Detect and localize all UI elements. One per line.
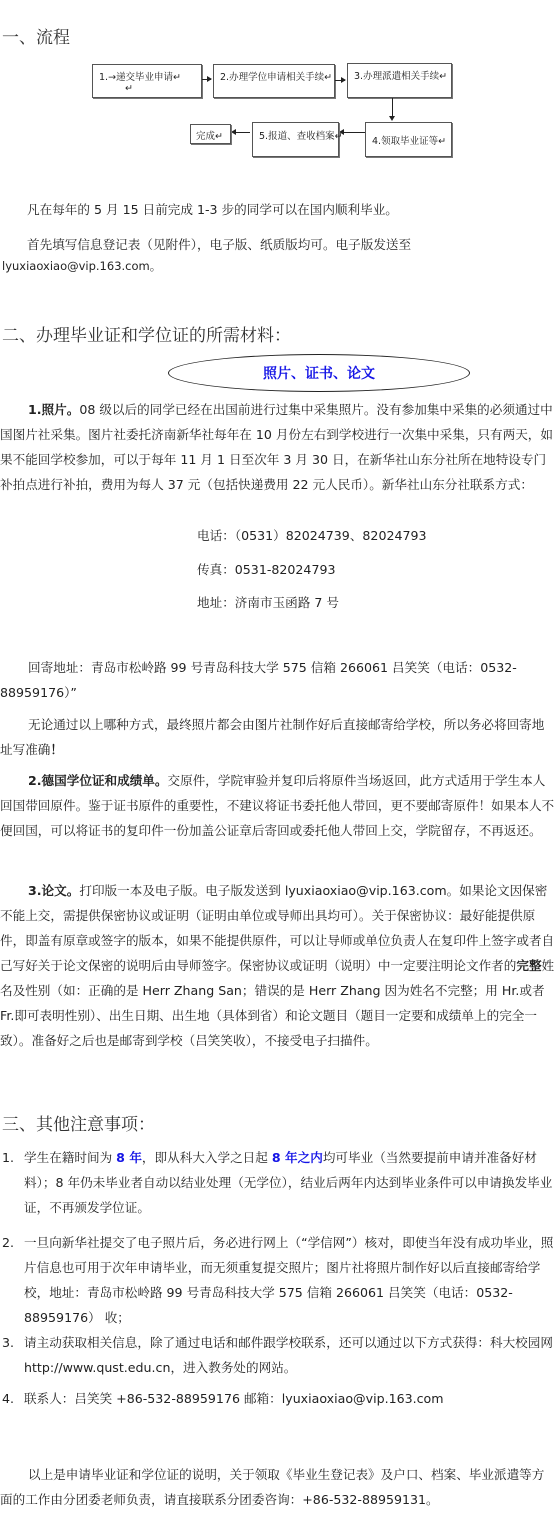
flow-step-2: 2.办理学位申请相关手续↵	[213, 64, 335, 98]
flow-step-5-label: 5.报道、查收档案↵	[259, 131, 343, 142]
photo-heading: 1.照片。	[28, 402, 79, 417]
note3-text: 请主动获取相关信息，除了通过电话和邮件跟学校联系，还可以通过以下方式获得：科大校…	[24, 1335, 553, 1350]
photo-item: 1.照片。08 级以后的同学已经在出国前进行过集中采集照片。没有参加集中采集的必…	[0, 397, 556, 497]
return-address: 回寄地址：青岛市松岭路 99 号青岛科技大学 575 信箱 266061 吕笑笑…	[0, 655, 545, 705]
section2-title: 二、办理毕业证和学位证的所需材料：	[2, 321, 291, 346]
note1-text: ，即从科大入学之日起	[142, 1150, 272, 1165]
registration-email: lyuxiaoxiao@vip.163.com。	[2, 254, 161, 279]
note-number: 4.	[2, 1386, 14, 1411]
arrowhead-icon	[207, 76, 212, 82]
note1-highlight-years: 8 年	[116, 1150, 142, 1165]
note2-text: 一旦向新华社提交了电子照片后，务必进行网上（“学信网”）核对，即使当年没有成功毕…	[24, 1230, 556, 1330]
note-number: 3.	[2, 1330, 14, 1355]
contact-phone: 电话：（0531）82024739、82024793	[197, 525, 427, 544]
flow-step-4: 4.领取毕业证等↵	[365, 122, 452, 157]
materials-oval-label: 照片、证书、论文	[263, 363, 375, 383]
flow-step-3: 3.办理派遣相关手续↵	[347, 63, 452, 98]
flow-step-done: 完成↵	[190, 124, 231, 144]
photo-body: 08 级以后的同学已经在出国前进行过集中采集照片。没有参加集中采集的必须通过中国…	[0, 402, 553, 492]
note-item-4: 4. 联系人：吕笑笑 +86-532-88959176 邮箱：lyuxiaoxi…	[0, 1386, 556, 1411]
note-item-3: 3. 请主动获取相关信息，除了通过电话和邮件跟学校联系，还可以通过以下方式获得：…	[0, 1330, 556, 1380]
flow-step-5: 5.报道、查收档案↵	[252, 122, 339, 157]
arrow-4-5	[341, 132, 365, 133]
note3-text: ，进入教务处的网站。	[170, 1360, 296, 1375]
contact-person: 联系人：吕笑笑 +86-532-88959176 邮箱：lyuxiaoxiao@…	[24, 1386, 556, 1411]
flow-step-2-label: 2.办理学位申请相关手续↵	[220, 72, 332, 83]
photo-warning-mark: ！	[50, 742, 63, 757]
closing-paragraph: 以上是申请毕业证和学位证的说明，关于领取《毕业生登记表》及户口、档案、毕业派遣等…	[0, 1462, 556, 1512]
note-number: 2.	[2, 1230, 14, 1255]
materials-oval: 照片、证书、论文	[168, 354, 470, 392]
flow-step-1: 1.→递交毕业申请↵ ↵	[92, 64, 202, 98]
section3-title: 三、其他注意事项：	[2, 1110, 155, 1135]
note-number: 1.	[2, 1145, 14, 1170]
degree-heading: 2.德国学位证和成绩单。	[28, 773, 168, 788]
campus-link[interactable]: http://www.qust.edu.cn	[24, 1360, 170, 1375]
flow-step-1-label: 1.→递交毕业申请↵	[99, 72, 181, 83]
section1-title: 一、流程	[2, 23, 70, 48]
arrowhead-icon	[231, 129, 236, 135]
note-item-2: 2. 一旦向新华社提交了电子照片后，务必进行网上（“学信网”）核对，即使当年没有…	[0, 1230, 556, 1330]
photo-warning-text: 无论通过以上哪种方式，最终照片都会由图片社制作好后直接邮寄给学校，所以务必将回寄…	[0, 717, 544, 757]
thesis-item: 3.论文。打印版一本及电子版。电子版发送到 lyuxiaoxiao@vip.16…	[0, 878, 556, 1053]
contact-address: 地址：济南市玉函路 7 号	[197, 592, 339, 611]
note-item-1: 1. 学生在籍时间为 8 年，即从科大入学之日起 8 年之内均可毕业（当然要提前…	[0, 1145, 556, 1220]
paragraph-mark: ↵	[99, 83, 133, 94]
flow-step-4-label: 4.领取毕业证等↵	[372, 136, 446, 147]
arrow-3-4	[392, 98, 393, 118]
flow-step-done-label: 完成↵	[196, 131, 223, 142]
thesis-body-bold: 完整	[516, 958, 541, 973]
arrowhead-icon	[341, 77, 346, 83]
note1-text: 学生在籍时间为	[24, 1150, 116, 1165]
thesis-body-a: 打印版一本及电子版。电子版发送到 lyuxiaoxiao@vip.163.com…	[0, 883, 554, 973]
note1-highlight-within: 8 年之内	[272, 1150, 323, 1165]
deadline-paragraph: 凡在每年的 5 月 15 日前完成 1-3 步的同学可以在国内顺利毕业。	[27, 197, 398, 222]
degree-item: 2.德国学位证和成绩单。交原件，学院审验并复印后将原件当场返回，此方式适用于学生…	[0, 768, 556, 843]
thesis-heading: 3.论文。	[28, 883, 79, 898]
photo-warning: 无论通过以上哪种方式，最终照片都会由图片社制作好后直接邮寄给学校，所以务必将回寄…	[0, 712, 556, 762]
contact-fax: 传真：0531-82024793	[197, 559, 335, 578]
flow-step-3-label: 3.办理派遣相关手续↵	[354, 71, 447, 82]
arrowhead-icon	[389, 116, 395, 121]
